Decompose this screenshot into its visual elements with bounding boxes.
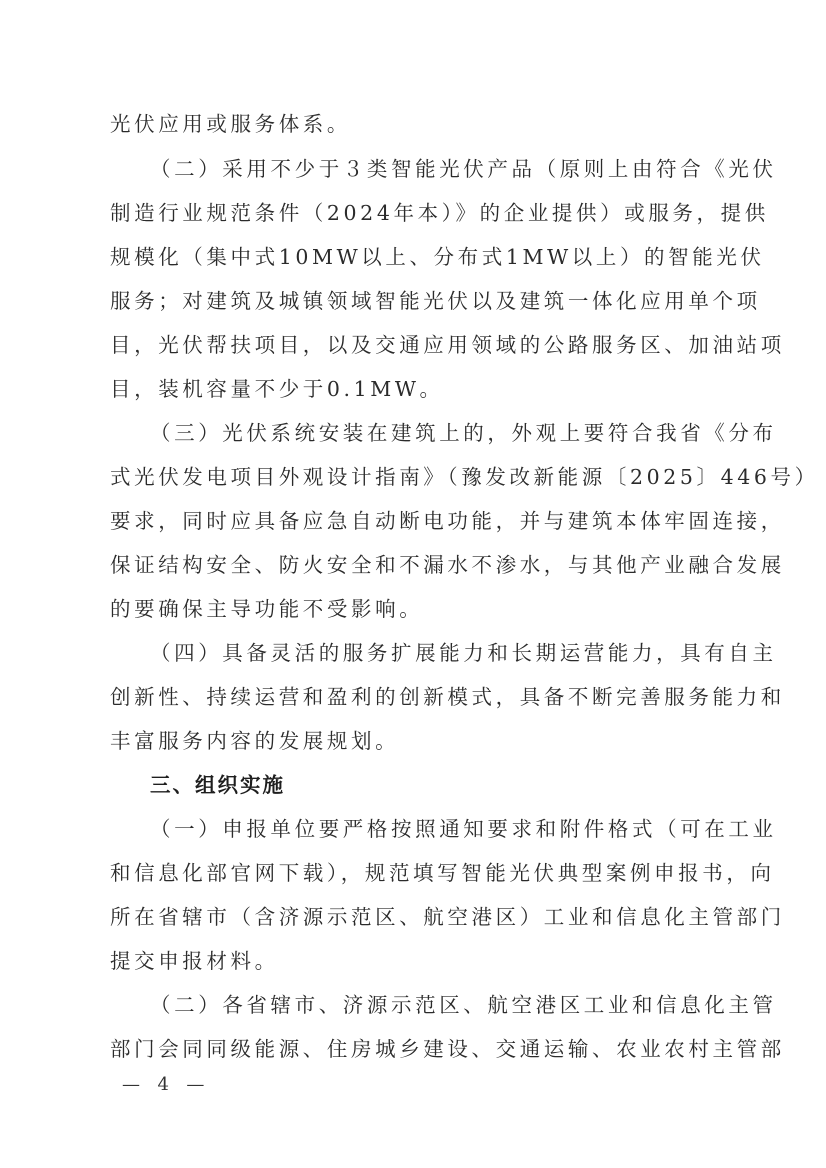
paragraph-line: 提交申报材料。 (110, 946, 716, 976)
paragraph-line: 要求，同时应具备应急自动断电功能，并与建筑本体牢固连接， (110, 506, 716, 536)
paragraph-line: （三）光伏系统安装在建筑上的，外观上要符合我省《分布 (150, 418, 716, 448)
document-page: 光伏应用或服务体系。 （二）采用不少于３类智能光伏产品（原则上由符合《光伏 制造… (0, 0, 826, 1168)
page-number: — 4 — (122, 1072, 206, 1098)
paragraph-line: 和信息化部官网下载），规范填写智能光伏典型案例申报书，向 (110, 858, 716, 888)
paragraph-line: 目，光伏帮扶项目，以及交通应用领域的公路服务区、加油站项 (110, 330, 716, 360)
paragraph-line: 创新性、持续运营和盈利的创新模式，具备不断完善服务能力和 (110, 682, 716, 712)
paragraph-line: 目，装机容量不少于0.1MW。 (110, 374, 716, 404)
paragraph-line: （一）申报单位要严格按照通知要求和附件格式（可在工业 (150, 814, 716, 844)
paragraph-line: （二）采用不少于３类智能光伏产品（原则上由符合《光伏 (150, 154, 716, 184)
paragraph-line: 保证结构安全、防火安全和不漏水不渗水，与其他产业融合发展 (110, 550, 716, 580)
paragraph-line: 部门会同同级能源、住房城乡建设、交通运输、农业农村主管部 (110, 1034, 716, 1064)
paragraph-line: 制造行业规范条件（2024年本）》的企业提供）或服务，提供 (110, 198, 716, 228)
section-heading: 三、组织实施 (150, 770, 285, 800)
paragraph-line: 丰富服务内容的发展规划。 (110, 726, 716, 756)
paragraph-line: 的要确保主导功能不受影响。 (110, 594, 716, 624)
paragraph-line: 光伏应用或服务体系。 (110, 109, 716, 139)
paragraph-line: 式光伏发电项目外观设计指南》（豫发改新能源〔2025〕446号） (110, 462, 716, 492)
paragraph-line: 规模化（集中式10MW以上、分布式1MW以上）的智能光伏 (110, 242, 716, 272)
paragraph-line: 所在省辖市（含济源示范区、航空港区）工业和信息化主管部门 (110, 902, 716, 932)
paragraph-line: （四）具备灵活的服务扩展能力和长期运营能力，具有自主 (150, 638, 716, 668)
paragraph-line: 服务；对建筑及城镇领域智能光伏以及建筑一体化应用单个项 (110, 286, 716, 316)
paragraph-line: （二）各省辖市、济源示范区、航空港区工业和信息化主管 (150, 990, 716, 1020)
